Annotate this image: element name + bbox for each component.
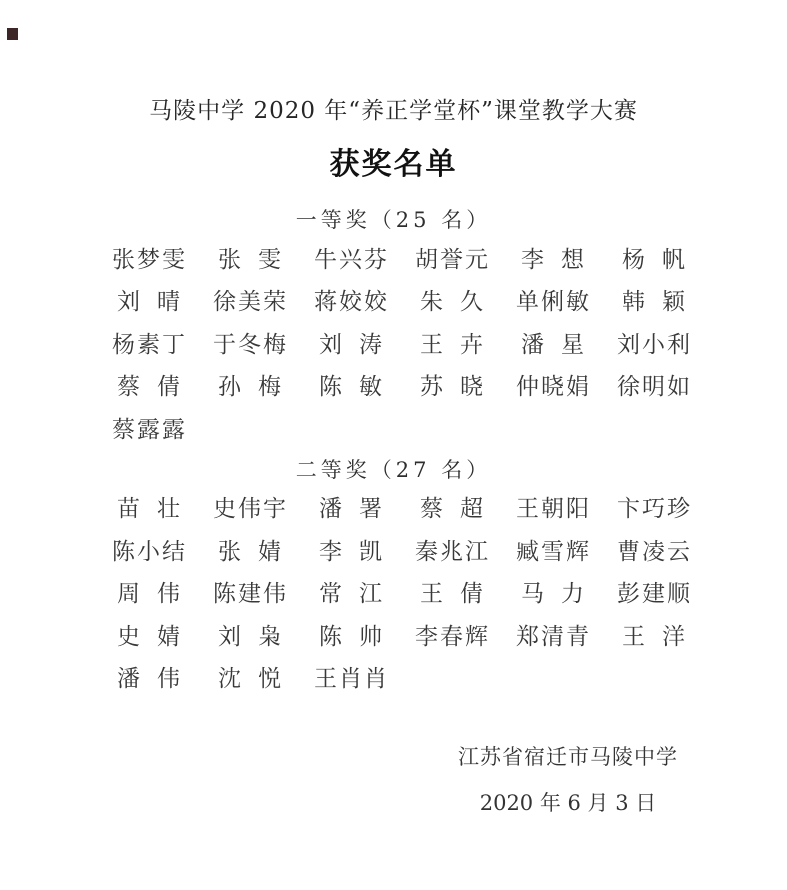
- awardee-name: 沈悦: [213, 660, 286, 693]
- document-page: 马陵中学 2020 年“养正学堂杯”课堂教学大赛 获奖名单 一等奖（25 名） …: [0, 0, 787, 890]
- name-row: 刘晴徐美荣蒋姣姣朱久单俐敏韩颖: [112, 279, 787, 322]
- name-row: 周伟陈建伟常江王倩马力彭建顺: [112, 571, 787, 614]
- name-row: 潘伟沈悦王肖肖: [112, 656, 787, 699]
- awardee-name: 牛兴芬: [314, 241, 387, 274]
- awardee-name: 马力: [516, 575, 589, 608]
- awardee-name: 蔡倩: [112, 368, 185, 401]
- awardee-name: 蔡露露: [112, 411, 185, 444]
- awardee-name: 陈敏: [314, 368, 387, 401]
- awardee-name: 刘涛: [314, 326, 387, 359]
- awardee-name: 刘小利: [617, 326, 690, 359]
- name-row: 张梦雯张雯牛兴芬胡誉元李想杨帆: [112, 236, 787, 279]
- section-heading-first-prize: 一等奖（25 名）: [0, 206, 787, 234]
- awardee-name: 于冬梅: [213, 326, 286, 359]
- second-prize-name-rows: 苗壮史伟宇潘署蔡超王朝阳卞巧珍陈小结张婧李凯秦兆江臧雪辉曹凌云周伟陈建伟常江王倩…: [0, 486, 787, 699]
- footer-organization: 江苏省宿迁市马陵中学: [346, 742, 787, 772]
- awardee-name: 曹凌云: [617, 533, 690, 566]
- awardee-name: 张梦雯: [112, 241, 185, 274]
- awardee-name: 王洋: [617, 618, 690, 651]
- awardee-name: 单俐敏: [516, 283, 589, 316]
- awardee-name: 徐明如: [617, 368, 690, 401]
- name-row: 陈小结张婧李凯秦兆江臧雪辉曹凌云: [112, 528, 787, 571]
- awardee-name: 韩颖: [617, 283, 690, 316]
- name-row: 蔡倩孙梅陈敏苏晓仲晓娟徐明如: [112, 364, 787, 407]
- awardee-name: 苏晓: [415, 368, 488, 401]
- awardee-name: 李凯: [314, 533, 387, 566]
- awardee-name: 潘伟: [112, 660, 185, 693]
- awardee-name: 刘枭: [213, 618, 286, 651]
- awardee-name: 胡誉元: [415, 241, 488, 274]
- awardee-name: 王肖肖: [314, 660, 387, 693]
- name-row: 蔡露露: [112, 406, 787, 449]
- awardee-name: 郑清青: [516, 618, 589, 651]
- awardee-name: 张雯: [213, 241, 286, 274]
- awardee-name: 周伟: [112, 575, 185, 608]
- awardee-name: 常江: [314, 575, 387, 608]
- footer: 江苏省宿迁市马陵中学 2020 年 6 月 3 日: [346, 742, 787, 818]
- awardee-name: 王朝阳: [516, 490, 589, 523]
- doc-title: 马陵中学 2020 年“养正学堂杯”课堂教学大赛: [0, 0, 787, 127]
- awardee-name: 蒋姣姣: [314, 283, 387, 316]
- awardee-name: 潘星: [516, 326, 589, 359]
- awardee-name: 陈建伟: [213, 575, 286, 608]
- awardee-name: 王卉: [415, 326, 488, 359]
- awardee-name: 秦兆江: [415, 533, 488, 566]
- awardee-name: 王倩: [415, 575, 488, 608]
- awardee-name: 李春辉: [415, 618, 488, 651]
- doc-subtitle: 获奖名单: [0, 147, 787, 183]
- scan-artifact: [7, 28, 18, 40]
- awardee-name: 苗壮: [112, 490, 185, 523]
- name-row: 苗壮史伟宇潘署蔡超王朝阳卞巧珍: [112, 486, 787, 529]
- awardee-name: 刘晴: [112, 283, 185, 316]
- awardee-name: 潘署: [314, 490, 387, 523]
- awardee-name: 杨素丁: [112, 326, 185, 359]
- awardee-name: 张婧: [213, 533, 286, 566]
- awardee-name: 杨帆: [617, 241, 690, 274]
- name-row: 史婧刘枭陈帅李春辉郑清青王洋: [112, 613, 787, 656]
- awardee-name: 臧雪辉: [516, 533, 589, 566]
- awardee-name: 仲晓娟: [516, 368, 589, 401]
- section-heading-second-prize: 二等奖（27 名）: [0, 456, 787, 484]
- awardee-name: 史伟宇: [213, 490, 286, 523]
- awardee-name: 蔡超: [415, 490, 488, 523]
- awardee-name: 李想: [516, 241, 589, 274]
- awardee-name: 史婧: [112, 618, 185, 651]
- footer-date: 2020 年 6 月 3 日: [346, 788, 787, 818]
- awardee-name: 朱久: [415, 283, 488, 316]
- awardee-name: 彭建顺: [617, 575, 690, 608]
- awardee-name: 徐美荣: [213, 283, 286, 316]
- first-prize-name-rows: 张梦雯张雯牛兴芬胡誉元李想杨帆刘晴徐美荣蒋姣姣朱久单俐敏韩颖杨素丁于冬梅刘涛王卉…: [0, 236, 787, 449]
- awardee-name: 卞巧珍: [617, 490, 690, 523]
- awardee-name: 陈帅: [314, 618, 387, 651]
- awardee-name: 陈小结: [112, 533, 185, 566]
- awardee-name: 孙梅: [213, 368, 286, 401]
- name-row: 杨素丁于冬梅刘涛王卉潘星刘小利: [112, 321, 787, 364]
